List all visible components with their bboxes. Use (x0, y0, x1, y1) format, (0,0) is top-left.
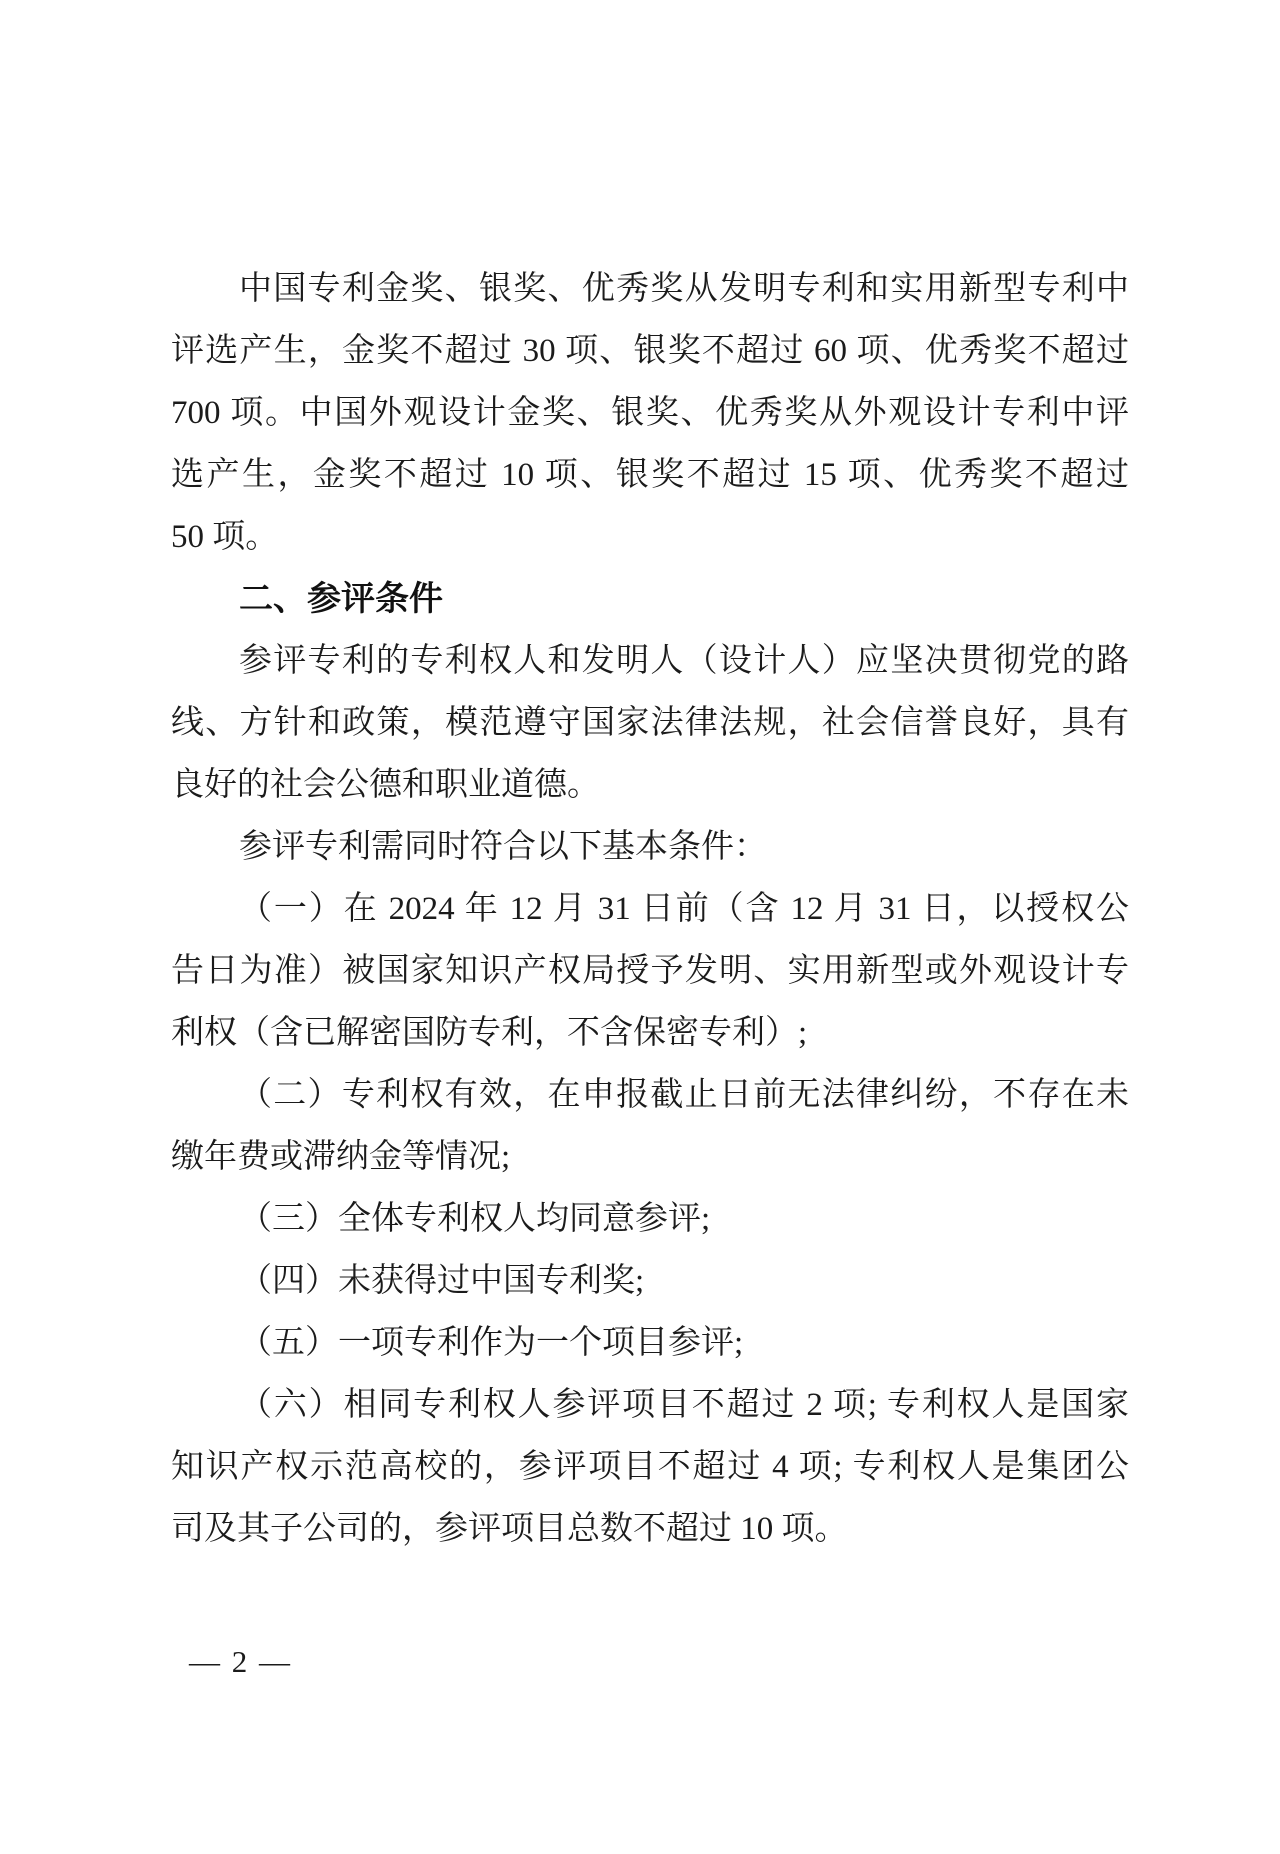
text-line: 缴年费或滞纳金等情况; (171, 1126, 1129, 1188)
text-line: 线、方针和政策，模范遵守国家法律法规，社会信誉良好，具有 (171, 692, 1129, 754)
text-line: 参评专利的专利权人和发明人（设计人）应坚决贯彻党的路 (171, 630, 1129, 692)
text-line: 良好的社会公德和职业道德。 (171, 754, 1129, 816)
text-line: （六）相同专利权人参评项目不超过 2 项; 专利权人是国家 (171, 1374, 1129, 1436)
text-line: （五）一项专利作为一个项目参评; (171, 1312, 1129, 1374)
document-body: 中国专利金奖、银奖、优秀奖从发明专利和实用新型专利中评选产生，金奖不超过 30 … (171, 258, 1129, 1560)
text-line: 700 项。中国外观设计金奖、银奖、优秀奖从外观设计专利中评 (171, 382, 1129, 444)
text-line: 参评专利需同时符合以下基本条件： (171, 816, 1129, 878)
text-line: （二）专利权有效，在申报截止日前无法律纠纷，不存在未 (171, 1064, 1129, 1126)
text-line: （四）未获得过中国专利奖; (171, 1250, 1129, 1312)
text-line: 评选产生，金奖不超过 30 项、银奖不超过 60 项、优秀奖不超过 (171, 320, 1129, 382)
text-line: （一）在 2024 年 12 月 31 日前（含 12 月 31 日，以授权公 (171, 878, 1129, 940)
section-heading: 二、参评条件 (171, 568, 1129, 630)
text-line: 告日为准）被国家知识产权局授予发明、实用新型或外观设计专 (171, 940, 1129, 1002)
document-page: 中国专利金奖、银奖、优秀奖从发明专利和实用新型专利中评选产生，金奖不超过 30 … (0, 0, 1280, 1854)
text-line: 知识产权示范高校的，参评项目不超过 4 项; 专利权人是集团公 (171, 1436, 1129, 1498)
page-number: — 2 — (189, 1644, 292, 1680)
text-line: 中国专利金奖、银奖、优秀奖从发明专利和实用新型专利中 (171, 258, 1129, 320)
text-line: 司及其子公司的，参评项目总数不超过 10 项。 (171, 1498, 1129, 1560)
text-line: （三）全体专利权人均同意参评; (171, 1188, 1129, 1250)
text-line: 选产生，金奖不超过 10 项、银奖不超过 15 项、优秀奖不超过 (171, 444, 1129, 506)
text-line: 利权（含已解密国防专利，不含保密专利）; (171, 1002, 1129, 1064)
text-line: 50 项。 (171, 506, 1129, 568)
